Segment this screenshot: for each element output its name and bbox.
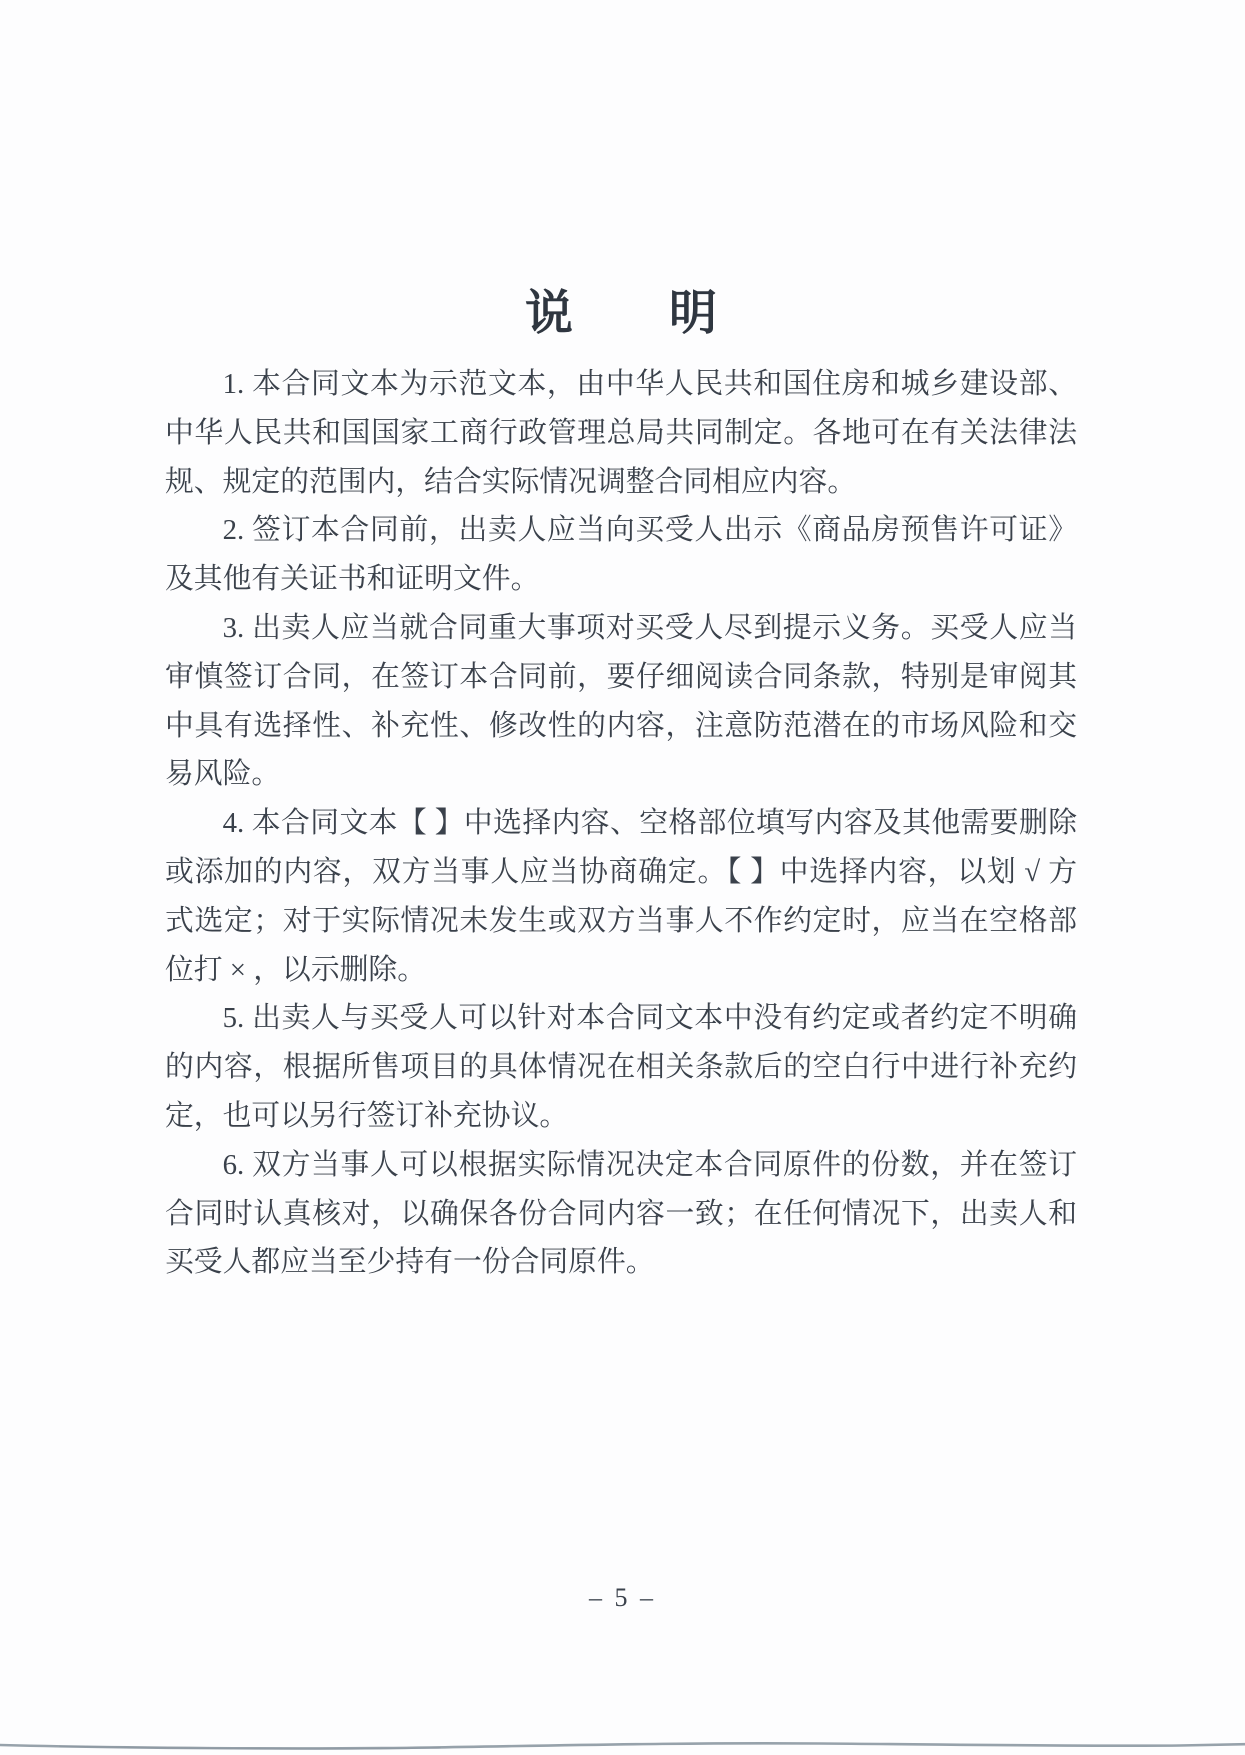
paragraph-3: 3. 出卖人应当就合同重大事项对买受人尽到提示义务。买受人应当审慎签订合同，在签… [165,604,1077,799]
paragraph-5: 5. 出卖人与买受人可以针对本合同文本中没有约定或者约定不明确的内容，根据所售项… [165,994,1077,1140]
paragraph-6: 6. 双方当事人可以根据实际情况决定本合同原件的份数，并在签订合同时认真核对，以… [165,1141,1077,1287]
page-title: 说 明 [165,282,1077,346]
paragraph-4: 4. 本合同文本【 】中选择内容、空格部位填写内容及其他需要删除或添加的内容，双… [165,799,1077,994]
document-page: 说 明 1. 本合同文本为示范文本，由中华人民共和国住房和城乡建设部、中华人民共… [0,0,1245,1755]
page-number: – 5 – [0,1582,1245,1614]
paragraph-1: 1. 本合同文本为示范文本，由中华人民共和国住房和城乡建设部、中华人民共和国国家… [165,360,1077,506]
paragraph-2: 2. 签订本合同前，出卖人应当向买受人出示《商品房预售许可证》及其他有关证书和证… [165,506,1077,604]
page-bottom-scan-line [0,1736,1245,1754]
document-body: 1. 本合同文本为示范文本，由中华人民共和国住房和城乡建设部、中华人民共和国国家… [165,360,1077,1287]
